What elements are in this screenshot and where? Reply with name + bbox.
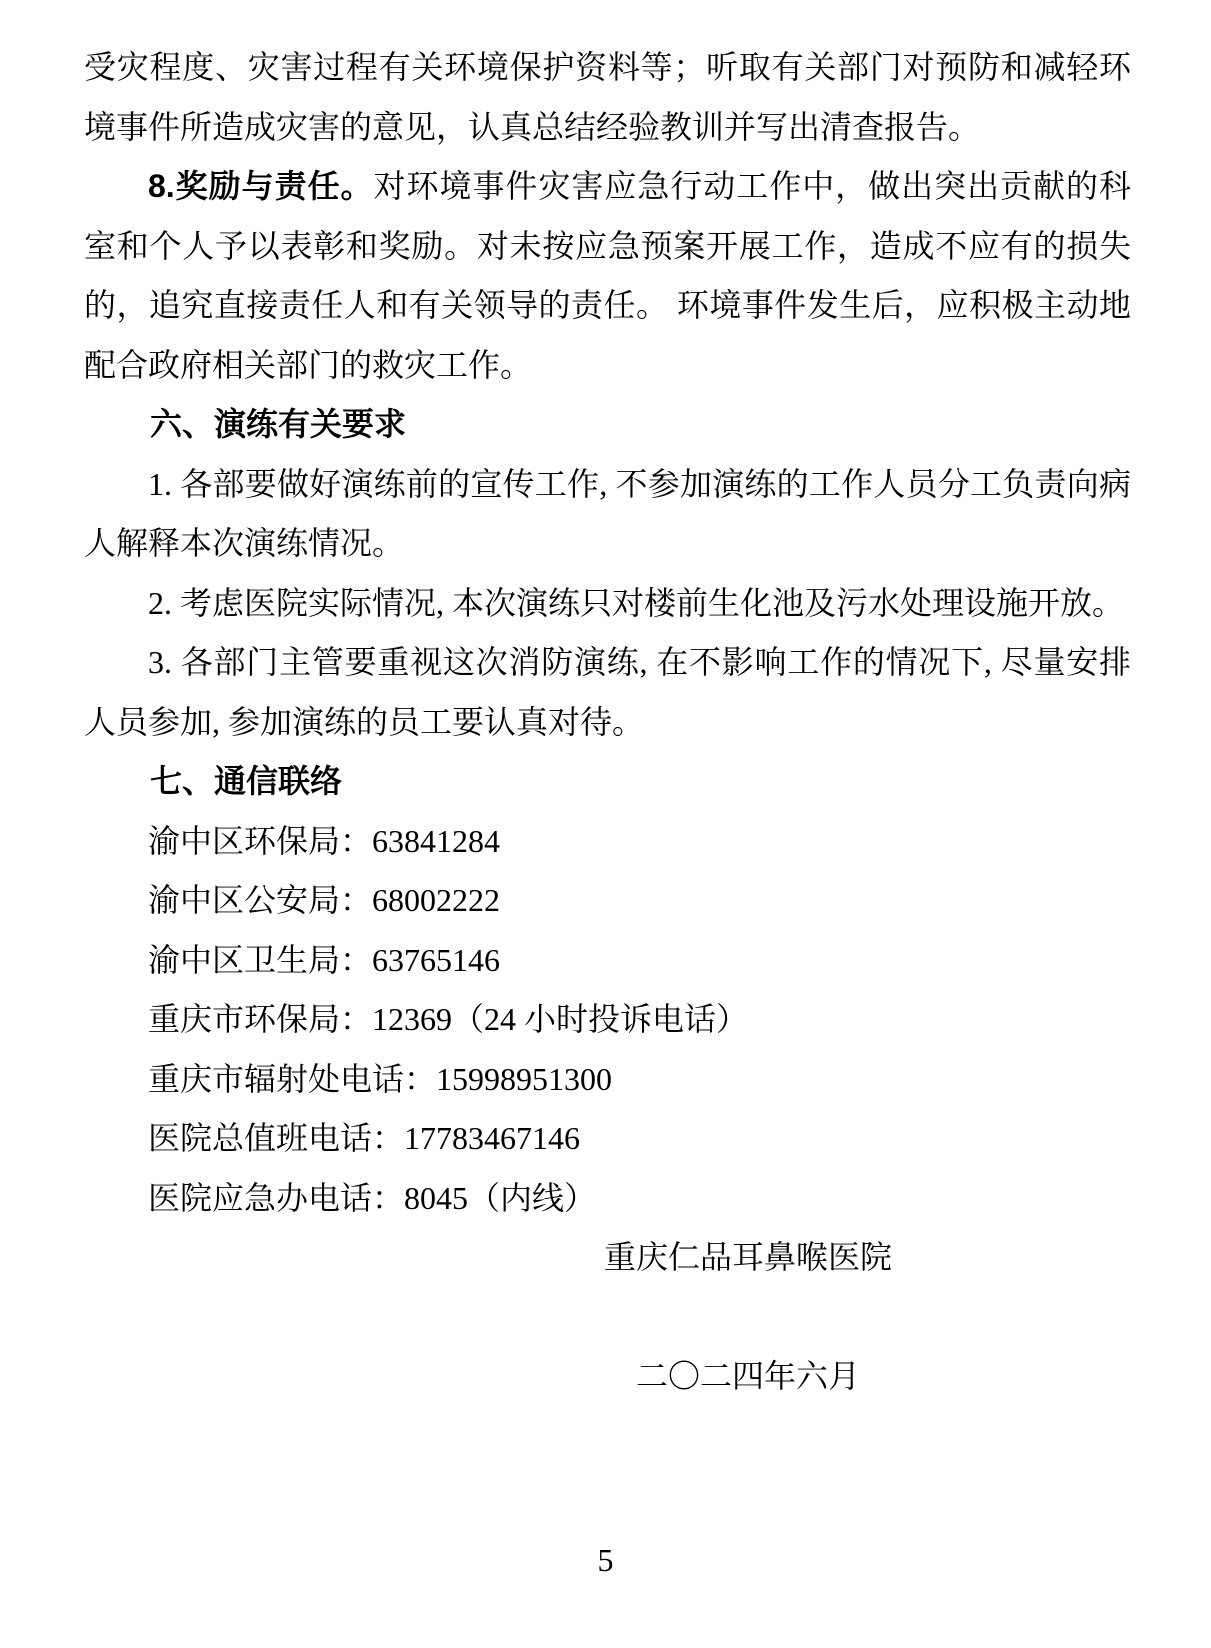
document-body: 受灾程度、灾害过程有关环境保护资料等；听取有关部门对预防和减轻环境事件所造成灾害… <box>0 0 1211 1407</box>
contact-yuzhong-epa: 渝中区环保局：63841284 <box>84 812 1131 872</box>
contact-yuzhong-health: 渝中区卫生局：63765146 <box>84 931 1131 991</box>
drill-item-3: 3. 各部门主管要重视这次消防演练, 在不影响工作的情况下, 尽量安排人员参加,… <box>84 633 1131 752</box>
section-heading-drill-requirements: 六、演练有关要求 <box>84 395 1131 455</box>
paragraph-continuation: 受灾程度、灾害过程有关环境保护资料等；听取有关部门对预防和减轻环境事件所造成灾害… <box>84 38 1131 157</box>
contact-hospital-duty: 医院总值班电话：17783467146 <box>84 1109 1131 1169</box>
paragraph-rewards-responsibility: 8.奖励与责任。对环境事件灾害应急行动工作中，做出突出贡献的科室和个人予以表彰和… <box>84 157 1131 395</box>
contact-hospital-emergency-office: 医院应急办电话：8045（内线） <box>84 1169 1131 1229</box>
contact-chongqing-epa: 重庆市环保局：12369（24 小时投诉电话） <box>84 990 1131 1050</box>
drill-item-2: 2. 考虑医院实际情况, 本次演练只对楼前生化池及污水处理设施开放。 <box>84 574 1131 634</box>
section-heading-communication: 七、通信联络 <box>84 752 1131 812</box>
contact-radiation-office: 重庆市辐射处电话：15998951300 <box>84 1050 1131 1110</box>
document-page: 受灾程度、灾害过程有关环境保护资料等；听取有关部门对预防和减轻环境事件所造成灾害… <box>0 0 1211 1648</box>
page-number: 5 <box>0 1540 1211 1580</box>
contact-yuzhong-police: 渝中区公安局：68002222 <box>84 871 1131 931</box>
signature-date: 二〇二四年六月 <box>84 1347 1131 1407</box>
drill-item-1: 1. 各部要做好演练前的宣传工作, 不参加演练的工作人员分工负责向病人解释本次演… <box>84 455 1131 574</box>
rewards-responsibility-label: 8.奖励与责任。 <box>148 168 374 204</box>
signature-hospital-name: 重庆仁品耳鼻喉医院 <box>84 1228 1131 1288</box>
